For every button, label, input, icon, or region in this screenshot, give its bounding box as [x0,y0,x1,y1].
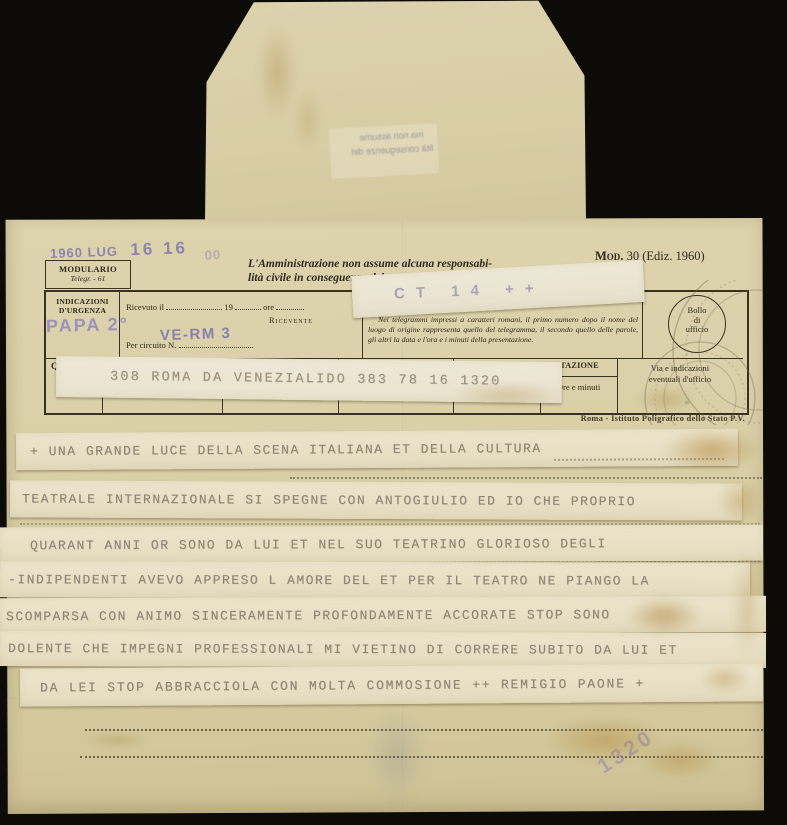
date-stamp-part: 00 [204,247,221,263]
urgency-line: INDICAZIONI [47,297,118,306]
message-line: TEATRALE INTERNAZIONALE SI SPEGNE CON AN… [22,491,636,509]
message-strip: QUARANT ANNI OR SONO DA LUI ET NEL SUO T… [0,525,763,564]
postal-stamp-rings: * [640,280,763,425]
message-strip: SCOMPARSA CON ANIMO SINCERAMENTE PROFOND… [0,596,766,634]
routing-tape-strip: 308 ROMA DA VENEZIALIDO 383 78 16 1320 [56,356,562,403]
date-stamp-part: 1960 LUG [50,244,118,261]
papa-priority-stamp: PAPA 2° [46,314,129,337]
ct-office-stamp: CT 14 ++ [394,279,545,302]
routing-typed-line: 308 ROMA DA VENEZIALIDO 383 78 16 1320 [110,370,502,390]
year-label: 19 [224,302,233,312]
circuit-stamp: VE-RM 3 [160,325,232,344]
envelope-flap: ma non assume lità conseguenze del [205,0,586,222]
modulario-number: Telegr. - 61 [46,274,130,283]
message-line: + UNA GRANDE LUCE DELLA SCENA ITALIANA E… [30,441,542,459]
modulario-box: MODULARIO Telegr. - 61 [45,260,131,289]
urgency-header: INDICAZIONI D'URGENZA [47,297,118,316]
message-strip: + UNA GRANDE LUCE DELLA SCENA ITALIANA E… [16,429,738,470]
ricevente-label: Ricevente [226,316,356,325]
message-line: SCOMPARSA CON ANIMO SINCERAMENTE PROFOND… [6,607,611,624]
message-strip: TEATRALE INTERNAZIONALE SI SPEGNE CON AN… [10,480,742,520]
fine-print-body: Nei telegrammi impressi a caratteri roma… [368,315,638,345]
modulario-title: MODULARIO [46,264,130,274]
message-line: -INDIPENDENTI AVEVO APPRESO L AMORE DEL … [8,572,650,588]
stamp-star: * [684,397,690,411]
telegram-scan: ma non assume lità conseguenze del 1960 … [0,0,787,825]
ricevuto-line: Ricevuto il 19 ore [126,301,360,312]
message-line: QUARANT ANNI OR SONO DA LUI ET NEL SUO T… [30,536,607,553]
postal-stamp: * [640,280,763,425]
ghost-ink-stamp: ma non assume lità conseguenze del [336,127,447,160]
message-strip: DA LEI STOP ABBRACCIOLA CON MOLTA COMMOS… [20,663,763,706]
message-strip: -INDIPENDENTI AVEVO APPRESO L AMORE DEL … [0,561,750,599]
date-stamp-part: 16 16 [130,238,188,259]
typed-dot-fill [554,458,724,461]
ricevuto-label: Ricevuto il [126,302,164,312]
message-line: DOLENTE CHE IMPEGNI PROFESSIONALI MI VIE… [8,641,678,658]
ore-label: ore [263,302,274,312]
message-line: DA LEI STOP ABBRACCIOLA CON MOLTA COMMOS… [40,676,645,695]
message-strip: DOLENTE CHE IMPEGNI PROFESSIONALI MI VIE… [0,631,766,668]
